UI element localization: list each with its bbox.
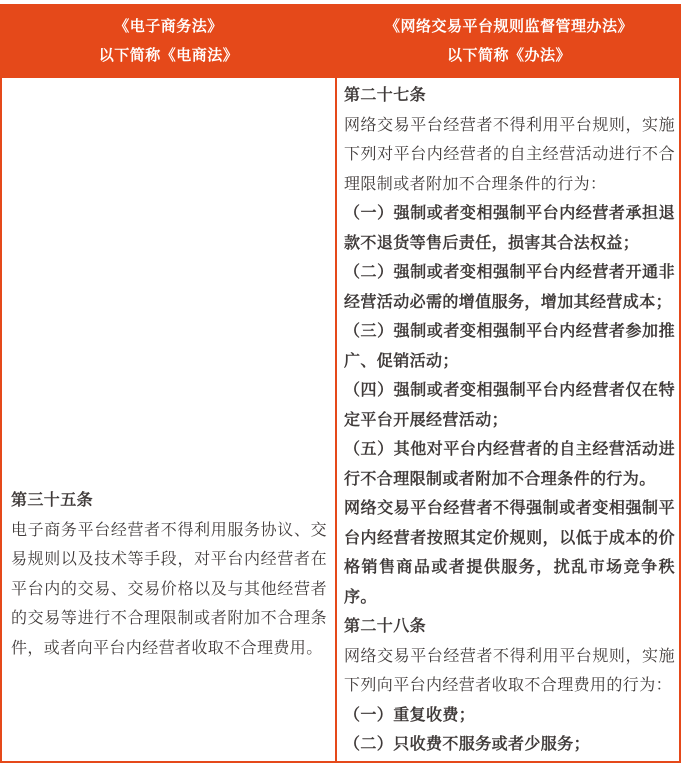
- article-heading: 第三十五条: [11, 486, 327, 516]
- law-paragraph: （一）强制或者变相强制平台内经营者承担退款不退货等售后责任，损害其合法权益；: [344, 199, 675, 258]
- article-heading: 第二十八条: [344, 612, 675, 642]
- law-abbreviation-ecommerce: 以下简称《电商法》: [99, 41, 239, 70]
- law-paragraph: （五）其他对平台内经营者的自主经营活动进行不合理限制或者附加不合理条件的行为。: [344, 435, 675, 494]
- law-paragraph: （一）重复收费；: [344, 701, 675, 731]
- law-abbreviation-measures: 以下简称《办法》: [447, 41, 571, 70]
- law-paragraph: 网络交易平台经营者不得利用平台规则，实施下列向平台内经营者收取不合理费用的行为：: [344, 642, 675, 701]
- law-paragraph: （二）只收费不服务或者少服务；: [344, 730, 675, 760]
- table-body: 第三十五条电子商务平台经营者不得利用服务协议、交易规则以及技术等手段，对平台内经…: [0, 78, 681, 763]
- law-paragraph: 网络交易平台经营者不得强制或者变相强制平台内经营者按照其定价规则，以低于成本的价…: [344, 494, 675, 612]
- cell-ecommerce-law-content: 第三十五条电子商务平台经营者不得利用服务协议、交易规则以及技术等手段，对平台内经…: [2, 78, 337, 761]
- law-title-measures: 《网络交易平台规则监督管理办法》: [385, 12, 633, 41]
- cell-measures-content: 第二十七条网络交易平台经营者不得利用平台规则，实施下列对平台内经营者的自主经营活…: [337, 78, 679, 761]
- header-cell-platform-measures: 《网络交易平台规则监督管理办法》 以下简称《办法》: [337, 4, 681, 78]
- law-paragraph: 网络交易平台经营者不得利用平台规则，实施下列对平台内经营者的自主经营活动进行不合…: [344, 111, 675, 200]
- article-heading: 第二十七条: [344, 81, 675, 111]
- law-paragraph: （二）强制或者变相强制平台内经营者开通非经营活动必需的增值服务，增加其经营成本；: [344, 258, 675, 317]
- law-paragraph: 电子商务平台经营者不得利用服务协议、交易规则以及技术等手段，对平台内经营者在平台…: [11, 516, 327, 664]
- law-comparison-table: 《电子商务法》 以下简称《电商法》 《网络交易平台规则监督管理办法》 以下简称《…: [0, 4, 681, 763]
- table-header: 《电子商务法》 以下简称《电商法》 《网络交易平台规则监督管理办法》 以下简称《…: [0, 4, 681, 78]
- law-title-ecommerce: 《电子商务法》: [114, 12, 223, 41]
- law-paragraph: （三）强制或者变相强制平台内经营者参加推广、促销活动；: [344, 317, 675, 376]
- law-paragraph: （四）强制或者变相强制平台内经营者仅在特定平台开展经营活动；: [344, 376, 675, 435]
- header-cell-ecommerce-law: 《电子商务法》 以下简称《电商法》: [0, 4, 337, 78]
